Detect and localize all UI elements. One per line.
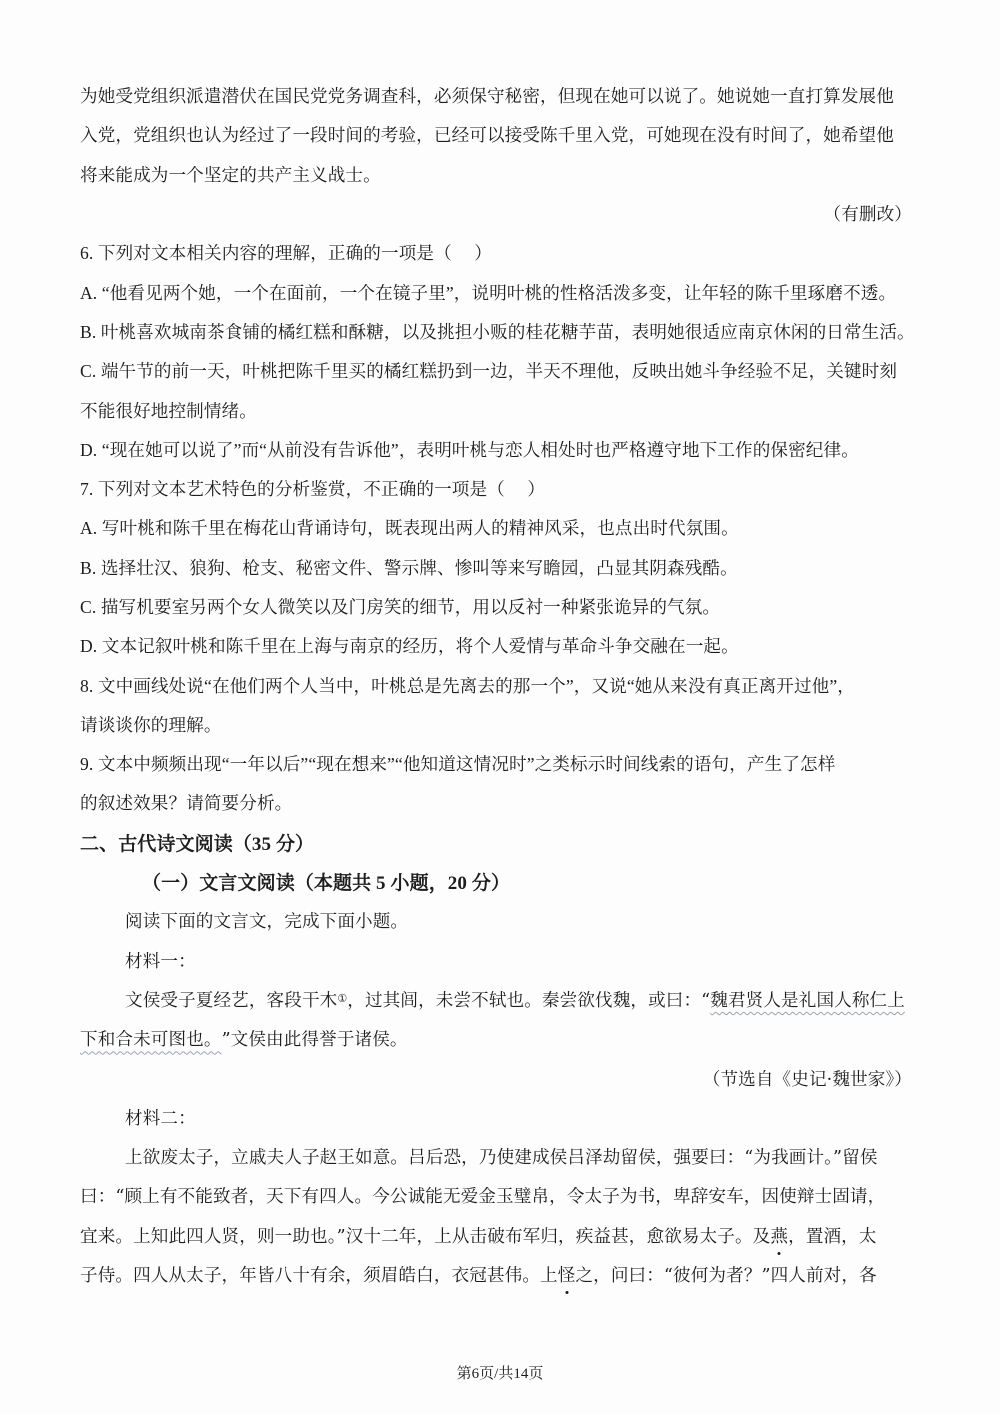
question-6-option-a: A. “他看见两个她，一个在面前，一个在镜子里”，说明叶桃的性格活泼多变，让年轻… xyxy=(80,272,912,311)
dot-emphasized-char: 怪 xyxy=(558,1262,576,1287)
question-6-stem: 6. 下列对文本相关内容的理解，正确的一项是（ ） xyxy=(80,233,912,272)
question-8-line-1: 8. 文中画线处说“在他们两个人当中，叶桃总是先离去的那一个”，又说“她从来没有… xyxy=(80,665,912,704)
material-2-line-2: 曰：“顾上有不能致者，天下有四人。今公诚能无爱金玉璧帛，令太子为书，卑辞安车，因… xyxy=(80,1176,912,1215)
material-1-attribution: （节选自《史记·魏世家》） xyxy=(80,1058,912,1097)
question-8-line-2: 请谈谈你的理解。 xyxy=(80,705,912,744)
question-6-option-c-line-2: 不能很好地控制情绪。 xyxy=(80,390,912,429)
material-2-line-3: 宜来。上知此四人贤，则一助也。”汉十二年，上从击破布军归，疾益甚，愈欲易太子。及… xyxy=(80,1216,912,1255)
question-6-option-c-line-1: C. 端午节的前一天，叶桃把陈千里买的橘红糕扔到一边，半天不理他，反映出她斗争经… xyxy=(80,351,912,390)
material-2-line-1: 上欲废太子，立戚夫人子赵王如意。吕后恐，乃使建成侯吕泽劫留侯，强要曰：“为我画计… xyxy=(80,1137,912,1176)
question-7-stem: 7. 下列对文本艺术特色的分析鉴赏，不正确的一项是（ ） xyxy=(80,469,912,508)
page-footer: 第6页/共14页 xyxy=(0,1362,1000,1383)
wavy-underlined-text: 魏君贤人是礼国人称仁上 xyxy=(710,987,905,1012)
text-segment: ”文侯由此得誉于诸侯。 xyxy=(222,1026,408,1051)
novel-passage-line-2: 入党，党组织也认为经过了一段时间的考验，已经可以接受陈千里入党，可她现在没有时间… xyxy=(80,115,912,154)
question-6-option-b: B. 叶桃喜欢城南茶食铺的橘红糕和酥糖，以及挑担小贩的桂花糖芋苗，表明她很适应南… xyxy=(80,312,912,351)
section-2-1-subheading: （一）文言文阅读（本题共 5 小题，20 分） xyxy=(80,862,912,901)
question-7-option-b: B. 选择壮汉、狼狗、枪支、秘密文件、警示牌、惨叫等来写瞻园，凸显其阴森残酷。 xyxy=(80,548,912,587)
page-content: 为她受党组织派遣潜伏在国民党党务调查科，必须保守秘密，但现在她可以说了。她说她一… xyxy=(80,76,912,1294)
reading-instruction: 阅读下面的文言文，完成下面小题。 xyxy=(80,901,912,940)
text-segment: ，过其闾，未尝不轼也。秦尝欲伐魏，或曰：“ xyxy=(347,987,710,1012)
question-7-option-c: C. 描写机要室另两个女人微笑以及门房笑的细节，用以反衬一种紧张诡异的气氛。 xyxy=(80,587,912,626)
deletion-note: （有删改） xyxy=(80,194,912,233)
dot-emphasized-char: 燕 xyxy=(770,1223,788,1248)
question-7-option-a: A. 写叶桃和陈千里在梅花山背诵诗句，既表现出两人的精神风采，也点出时代氛围。 xyxy=(80,508,912,547)
text-segment: 之，问曰：“彼何为者？”四人前对，各 xyxy=(575,1262,876,1287)
novel-passage-line-1: 为她受党组织派遣潜伏在国民党党务调查科，必须保守秘密，但现在她可以说了。她说她一… xyxy=(80,76,912,115)
wavy-underlined-text: 下和合未可图也。 xyxy=(80,1026,222,1051)
material-1-label: 材料一： xyxy=(80,941,912,980)
material-1-line-2: 下和合未可图也。”文侯由此得誉于诸侯。 xyxy=(80,1019,912,1058)
material-2-label: 材料二： xyxy=(80,1098,912,1137)
material-2-line-4: 子侍。四人从太子，年皆八十有余，须眉皓白，衣冠甚伟。上怪之，问曰：“彼何为者？”… xyxy=(80,1255,912,1294)
novel-passage-line-3: 将来能成为一个坚定的共产主义战士。 xyxy=(80,155,912,194)
question-6-option-d: D. “现在她可以说了”而“从前没有告诉他”，表明叶桃与恋人相处时也严格遵守地下… xyxy=(80,430,912,469)
text-segment: 子侍。四人从太子，年皆八十有余，须眉皓白，衣冠甚伟。上 xyxy=(80,1262,558,1287)
question-9-line-1: 9. 文本中频频出现“一年以后”“现在想来”“他知道这情况时”之类标示时间线索的… xyxy=(80,744,912,783)
question-9-line-2: 的叙述效果？请简要分析。 xyxy=(80,783,912,822)
question-7-option-d: D. 文本记叙叶桃和陈千里在上海与南京的经历，将个人爱情与革命斗争交融在一起。 xyxy=(80,626,912,665)
exam-document-page: 为她受党组织派遣潜伏在国民党党务调查科，必须保守秘密，但现在她可以说了。她说她一… xyxy=(0,0,1000,1415)
material-1-line-1: 文侯受子夏经艺，客段干木①，过其闾，未尝不轼也。秦尝欲伐魏，或曰：“魏君贤人是礼… xyxy=(80,980,912,1019)
text-segment: ，置酒，太 xyxy=(788,1223,876,1248)
section-2-heading: 二、古代诗文阅读（35 分） xyxy=(80,823,912,862)
text-segment: 文侯受子夏经艺，客段干木 xyxy=(125,987,337,1012)
text-segment: 宜来。上知此四人贤，则一助也。”汉十二年，上从击破布军归，疾益甚，愈欲易太子。及 xyxy=(80,1223,770,1248)
